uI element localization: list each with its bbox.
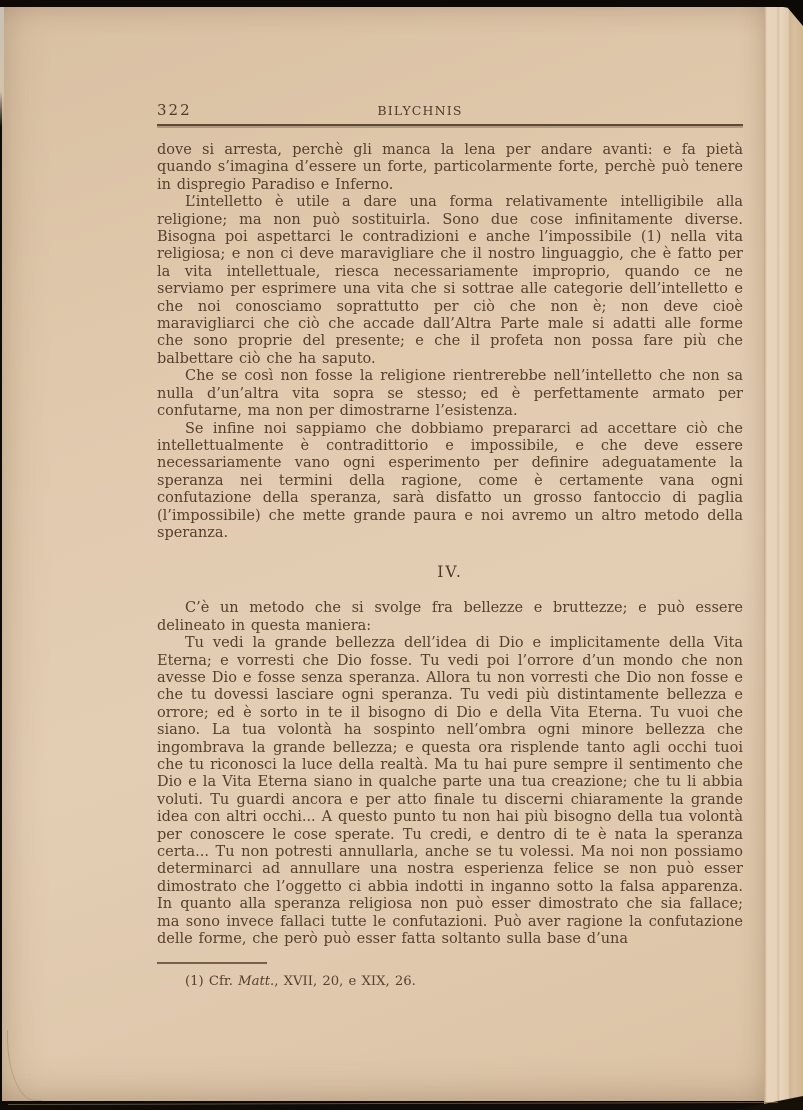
footnote-block: (1) Cfr. Matt., XVII, 20, e XIX, 26. xyxy=(157,962,743,990)
page-number: 322 xyxy=(157,101,192,119)
header-rule xyxy=(157,124,743,126)
page-deckle-edge-left xyxy=(0,7,4,127)
paragraph: Se infine noi sappiamo che dobbiamo prep… xyxy=(157,421,743,543)
running-header: 322 BILYCHNIS xyxy=(157,100,743,121)
article-body: dove si arresta, perchè gli manca la len… xyxy=(157,142,743,948)
footnote-suffix: , XVII, 20, e XIX, 26. xyxy=(274,974,416,989)
book-fore-edge-pages xyxy=(764,5,803,1105)
photo-border-top xyxy=(0,0,803,7)
footnote-cited-work: Matt. xyxy=(238,974,274,989)
footnote-rule xyxy=(157,962,267,964)
paragraph: L’intelletto è utile a dare una forma re… xyxy=(157,194,743,368)
book-scan-photo: 322 BILYCHNIS dove si arresta, perchè gl… xyxy=(0,0,803,1110)
paragraph: Che se così non fosse la religione rient… xyxy=(157,368,743,420)
footnote: (1) Cfr. Matt., XVII, 20, e XIX, 26. xyxy=(157,974,743,990)
section-heading: IV. xyxy=(157,563,743,581)
paragraph: C’è un metodo che si svolge fra bellezze… xyxy=(157,600,743,635)
paragraph: dove si arresta, perchè gli manca la len… xyxy=(157,142,743,194)
journal-title: BILYCHNIS xyxy=(377,103,462,118)
paragraph: Tu vedi la grande bellezza dell’idea di … xyxy=(157,635,743,948)
photo-border-bottom xyxy=(0,1105,803,1110)
page-text-block: 322 BILYCHNIS dove si arresta, perchè gl… xyxy=(157,100,743,990)
footnote-prefix: (1) Cfr. xyxy=(185,974,238,989)
